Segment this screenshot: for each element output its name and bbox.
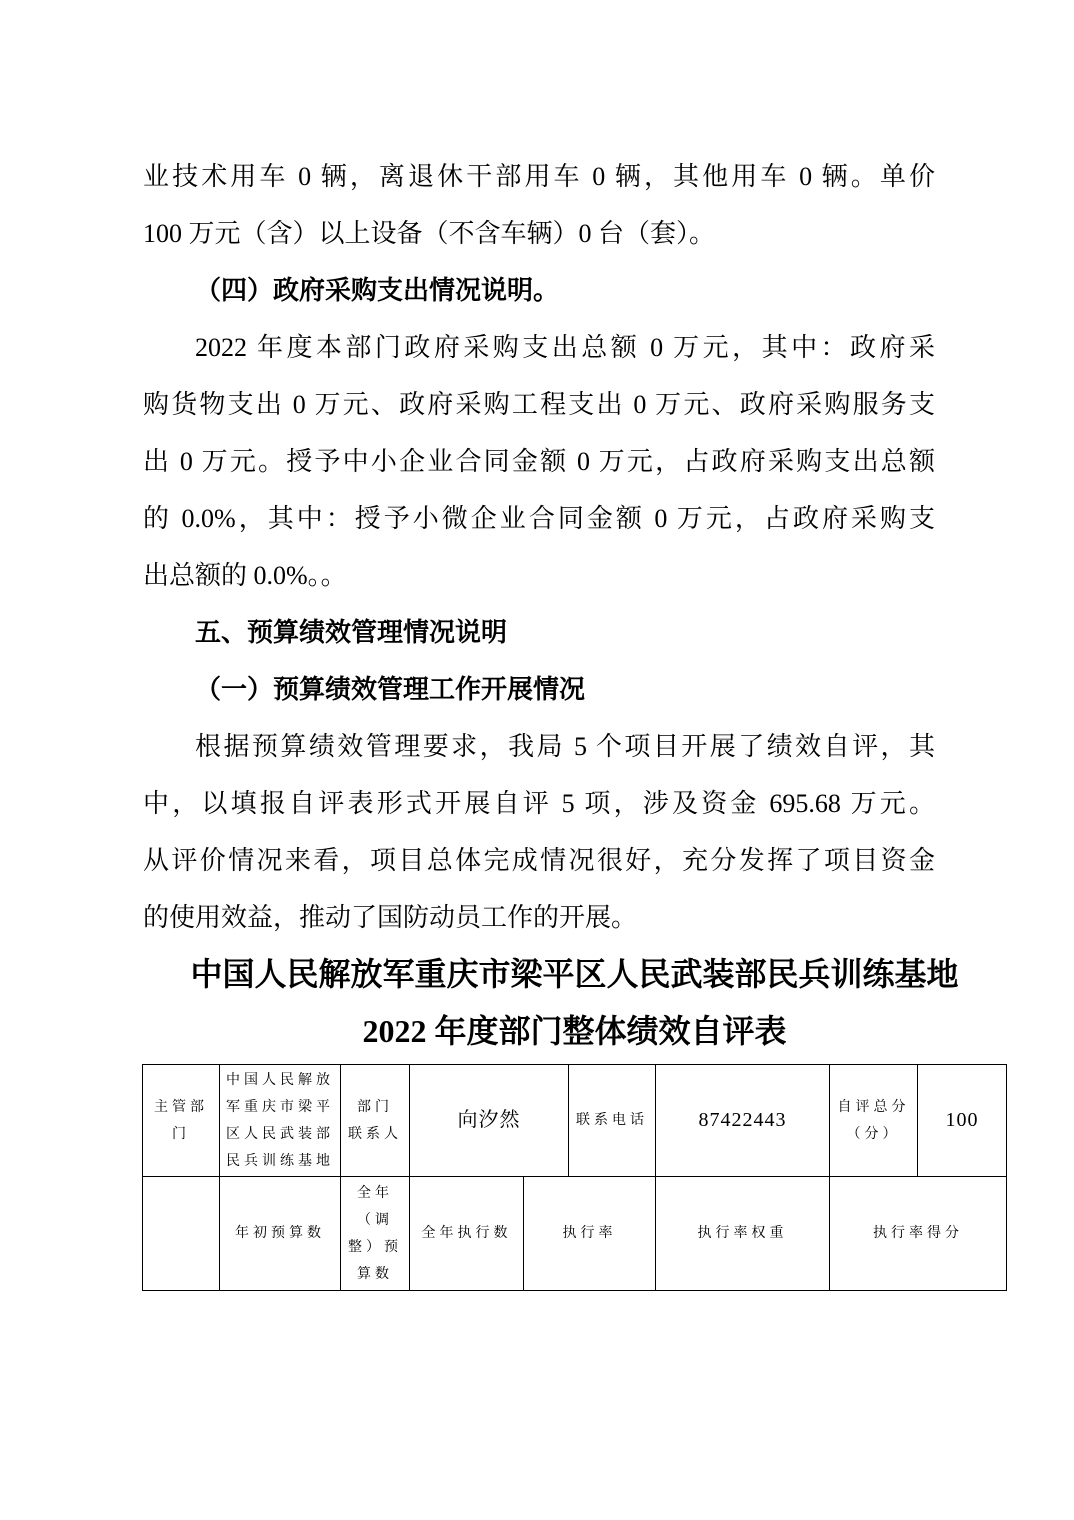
- cell-label-annual-execution: 全年执行数: [410, 1177, 524, 1290]
- table-title-line1: 中国人民解放军重庆市梁平区人民武装部民兵训练基地: [142, 946, 1007, 1003]
- table-title: 中国人民解放军重庆市梁平区人民武装部民兵训练基地 2022 年度部门整体绩效自评…: [142, 946, 1007, 1060]
- body-line: 从评价情况来看，项目总体完成情况很好，充分发挥了项目资金: [143, 832, 935, 889]
- table-row-1: 主管部 门 中国人民解放 军重庆市梁平 区人民武装部 民兵训练基地 部门 联系人…: [143, 1065, 1006, 1177]
- cell-value-phone-number: 87422443: [656, 1065, 830, 1177]
- cell-label-execution-rate-weight: 执行率权重: [656, 1177, 830, 1290]
- body-line: 的使用效益，推动了国防动员工作的开展。: [143, 889, 935, 946]
- cell-value-contact-name: 向汐然: [410, 1065, 569, 1177]
- cell-label-execution-rate: 执行率: [524, 1177, 656, 1290]
- body-text-column: 业技术用车 0 辆，离退休干部用车 0 辆，其他用车 0 辆。单价 100 万元…: [143, 148, 935, 946]
- table-row-2: 年初预算数 全年 （调 整）预 算数 全年执行数 执行率 执行率权重 执行率得分: [143, 1177, 1006, 1290]
- body-line: 出 0 万元。授予中小企业合同金额 0 万元，占政府采购支出总额: [143, 433, 935, 490]
- performance-self-eval-table: 主管部 门 中国人民解放 军重庆市梁平 区人民武装部 民兵训练基地 部门 联系人…: [142, 1064, 1007, 1291]
- body-line: 根据预算绩效管理要求，我局 5 个项目开展了绩效自评，其: [143, 718, 935, 775]
- cell-label-contact-phone: 联系电话: [569, 1065, 656, 1177]
- cell-value-self-eval-score: 100: [918, 1065, 1006, 1177]
- section-heading-5: 五、预算绩效管理情况说明: [143, 604, 935, 661]
- body-line: 购货物支出 0 万元、政府采购工程支出 0 万元、政府采购服务支: [143, 376, 935, 433]
- body-line: 2022 年度本部门政府采购支出总额 0 万元，其中：政府采: [143, 319, 935, 376]
- cell-label-initial-budget: 年初预算数: [220, 1177, 341, 1290]
- section-heading-4: （四）政府采购支出情况说明。: [143, 262, 935, 319]
- cell-label-self-eval-score: 自评总分 （分）: [830, 1065, 918, 1177]
- cell-empty: [143, 1177, 220, 1290]
- body-line: 100 万元（含）以上设备（不含车辆）0 台（套）。: [143, 205, 935, 262]
- document-page: 业技术用车 0 辆，离退休干部用车 0 辆，其他用车 0 辆。单价 100 万元…: [0, 0, 1074, 1520]
- body-line: 业技术用车 0 辆，离退休干部用车 0 辆，其他用车 0 辆。单价: [143, 148, 935, 205]
- subsection-heading-5-1: （一）预算绩效管理工作开展情况: [143, 661, 935, 718]
- cell-value-dept-name: 中国人民解放 军重庆市梁平 区人民武装部 民兵训练基地: [220, 1065, 341, 1177]
- body-line: 中，以填报自评表形式开展自评 5 项，涉及资金 695.68 万元。: [143, 775, 935, 832]
- cell-label-dept-contact: 部门 联系人: [341, 1065, 410, 1177]
- cell-label-competent-dept: 主管部 门: [143, 1065, 220, 1177]
- body-line: 出总额的 0.0%。。: [143, 547, 935, 604]
- cell-label-adjusted-budget: 全年 （调 整）预 算数: [341, 1177, 410, 1290]
- body-line: 的 0.0%，其中：授予小微企业合同金额 0 万元，占政府采购支: [143, 490, 935, 547]
- cell-label-execution-rate-score: 执行率得分: [830, 1177, 1006, 1290]
- table-title-line2: 2022 年度部门整体绩效自评表: [142, 1003, 1007, 1060]
